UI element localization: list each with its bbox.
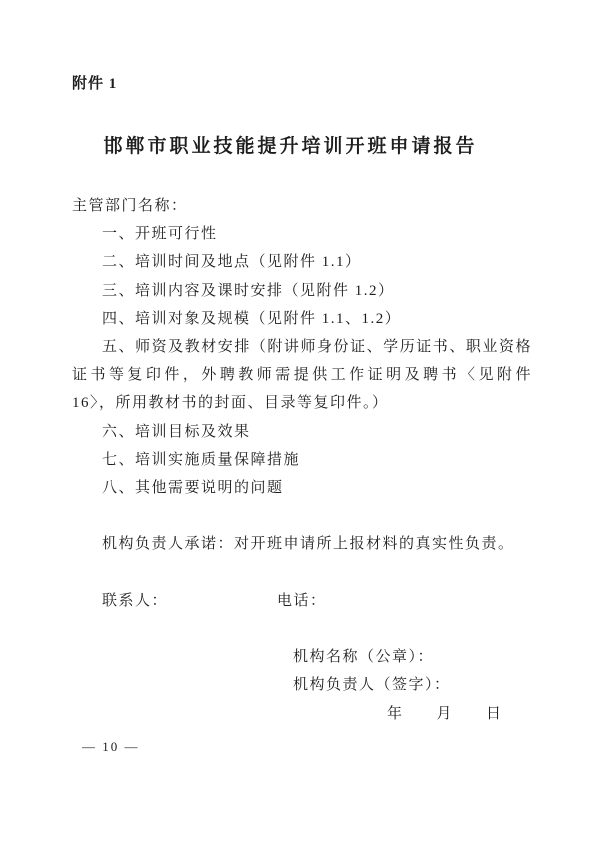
- list-item-quality-measures: 七、培训实施质量保障措施: [72, 446, 532, 474]
- org-name-seal-line: 机构名称（公章）：: [293, 643, 532, 671]
- signature-block: 机构名称（公章）： 机构负责人（签字）： 年 月 日: [293, 643, 532, 728]
- contact-person-label: 联系人：: [102, 593, 168, 609]
- list-item-teachers-materials: 五、师资及教材安排（附讲师身份证、学历证书、职业资格证书等复印件，外聘教师需提供…: [72, 333, 532, 418]
- list-item-goals-results: 六、培训目标及效果: [72, 418, 532, 446]
- list-item-feasibility: 一、开班可行性: [72, 220, 532, 248]
- spacer: [72, 615, 532, 643]
- page-number: — 10 —: [82, 739, 140, 755]
- spacer: [72, 559, 532, 587]
- list-item-time-place: 二、培训时间及地点（见附件 1.1）: [72, 248, 532, 276]
- attachment-label: 附件 1: [72, 72, 117, 93]
- org-head-signature-line: 机构负责人（签字）：: [293, 671, 532, 699]
- department-name-line: 主管部门名称：: [72, 192, 532, 220]
- commitment-line: 机构负责人承诺：对开班申请所上报材料的真实性负责。: [72, 530, 532, 558]
- list-item-other-issues: 八、其他需要说明的问题: [72, 474, 532, 502]
- phone-label: 电话：: [247, 587, 327, 615]
- list-item-content-schedule: 三、培训内容及课时安排（见附件 1.2）: [72, 277, 532, 305]
- list-item-target-scale: 四、培训对象及规模（见附件 1.1、1.2）: [72, 305, 532, 333]
- contact-line: 联系人： 电话：: [72, 587, 532, 615]
- document-body: 主管部门名称： 一、开班可行性 二、培训时间及地点（见附件 1.1） 三、培训内…: [72, 192, 532, 728]
- date-line: 年 月 日: [387, 700, 532, 728]
- spacer: [72, 502, 532, 530]
- document-page: 附件 1 邯郸市职业技能提升培训开班申请报告 主管部门名称： 一、开班可行性 二…: [0, 0, 595, 842]
- page-title: 邯郸市职业技能提升培训开班申请报告: [58, 131, 523, 158]
